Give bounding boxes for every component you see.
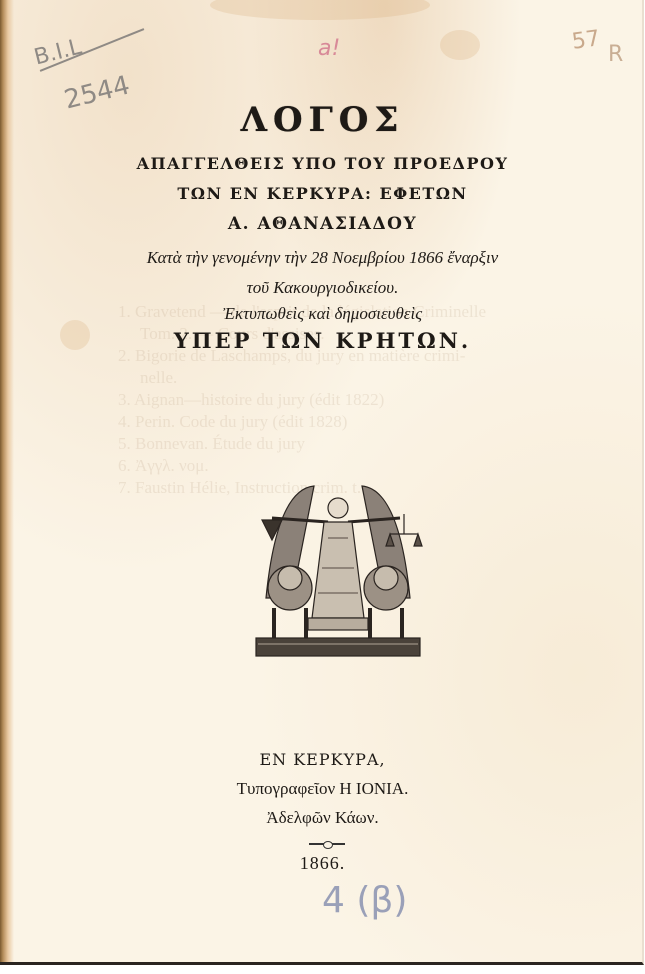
justice-emblem-icon — [252, 478, 424, 660]
handwritten-shelfmark: B.I.L — [32, 35, 84, 71]
imprint-owners: Ἀδελφῶν Κάων. — [0, 808, 645, 828]
ornamental-rule — [309, 843, 345, 845]
stain — [440, 30, 480, 60]
show-through-line: nelle. — [140, 368, 177, 388]
stain — [210, 0, 430, 20]
occasion-line-2: τοῦ Κακουργιοδικείου. — [0, 278, 645, 298]
document-page: 1. Gravetend — de l'esprit de la législa… — [0, 0, 644, 965]
imprint-place: ΕΝ ΚΕΡΚΥΡΑ, — [0, 750, 645, 769]
occasion-line-1: Κατὰ τὴν γενομένην τὴν 28 Νοεμβρίου 1866… — [0, 248, 645, 268]
show-through-line: 3. Aignan—histoire du jury (édit 1822) — [118, 390, 384, 410]
main-title: ΛΟΓΟΣ — [0, 100, 645, 140]
author-name: Α. ΑΘΑΝΑΣΙΑΔΟΥ — [0, 214, 645, 234]
show-through-line: 5. Bonnevan. Étude du jury — [118, 434, 305, 454]
handwritten-pencil-note: 4 (β) — [322, 880, 407, 921]
handwritten-mark: R — [608, 42, 623, 67]
show-through-line: 4. Perin. Code du jury (édit 1828) — [118, 412, 347, 432]
publication-year: 1866. — [0, 853, 645, 874]
subtitle: ΥΠΕΡ ΤΩΝ ΚΡΗΤΩΝ. — [0, 328, 645, 353]
publication-note: Ἐκτυπωθεὶς καὶ δημοσιευθεὶς — [0, 304, 645, 324]
title-line-2: ΤΩΝ ΕΝ ΚΕΡΚΥΡΑ: ΕΦΕΤΩΝ — [0, 184, 645, 203]
show-through-line: 6. Ἀγγλ. νομ. — [118, 456, 209, 476]
handwritten-page-number: 57 — [570, 26, 601, 55]
title-line-1: ΑΠΑΓΓΕΛΘΕΙΣ ΥΠΟ ΤΟΥ ΠΡΟΕΔΡΟΥ — [0, 154, 645, 173]
imprint-printer: Τυπογραφεῖον Η ΙΟΝΙΑ. — [0, 779, 645, 799]
handwritten-red-note: a! — [318, 36, 340, 61]
